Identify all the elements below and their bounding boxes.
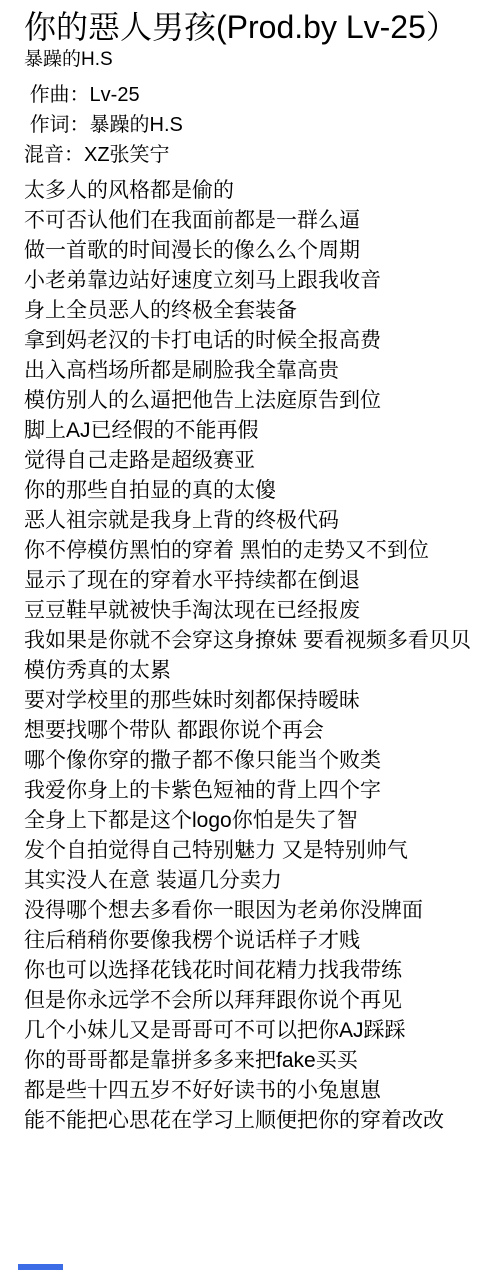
lyric-line: 觉得自己走路是超级赛亚 (24, 446, 476, 476)
credit-composer: 作曲：Lv-25 (24, 80, 476, 110)
lyric-line: 你的哥哥都是靠拼多多来把fake买买 (24, 1046, 476, 1076)
song-title: 你的惡人男孩(Prod.by Lv-25） (24, 6, 476, 48)
lyric-line: 我爱你身上的卡紫色短袖的背上四个字 (24, 776, 476, 806)
artist-name: 暴躁的H.S (24, 48, 476, 72)
lyric-line: 豆豆鞋早就被快手淘汰现在已经报废 (24, 596, 476, 626)
lyric-line: 身上全员恶人的终极全套装备 (24, 296, 476, 326)
lyric-line: 但是你永远学不会所以拜拜跟你说个再见 (24, 986, 476, 1016)
lyric-line: 出入高档场所都是刷脸我全靠高贵 (24, 356, 476, 386)
lyric-line: 发个自拍觉得自己特别魅力 又是特别帅气 (24, 836, 476, 866)
lyrics-page: 你的惡人男孩(Prod.by Lv-25） 暴躁的H.S 作曲：Lv-25 作词… (0, 0, 500, 1136)
lyric-line: 往后稍稍你要像我楞个说话样子才贱 (24, 926, 476, 956)
lyric-line: 想要找哪个带队 都跟你说个再会 (24, 716, 476, 746)
credit-mixing: 混音：XZ张笑宁 (24, 140, 476, 170)
lyric-line: 能不能把心思花在学习上顺便把你的穿着改改 (24, 1106, 476, 1136)
credits-block: 作曲：Lv-25 作词：暴躁的H.S 混音：XZ张笑宁 (24, 80, 476, 170)
lyrics-block: 太多人的风格都是偷的不可否认他们在我面前都是一群么逼做一首歌的时间漫长的像么么个… (24, 176, 476, 1136)
credit-lyricist: 作词：暴躁的H.S (24, 110, 476, 140)
lyric-line: 显示了现在的穿着水平持续都在倒退 (24, 566, 476, 596)
lyric-line: 你的那些自拍显的真的太傻 (24, 476, 476, 506)
lyric-line: 你也可以选择花钱花时间花精力找我带练 (24, 956, 476, 986)
lyric-line: 要对学校里的那些妹时刻都保持暧昧 (24, 686, 476, 716)
lyric-line: 我如果是你就不会穿这身撩妹 要看视频多看贝贝 (24, 626, 476, 656)
lyric-line: 小老弟靠边站好速度立刻马上跟我收音 (24, 266, 476, 296)
lyric-line: 都是些十四五岁不好好读书的小兔崽崽 (24, 1076, 476, 1106)
lyric-line: 脚上AJ已经假的不能再假 (24, 416, 476, 446)
lyric-line: 做一首歌的时间漫长的像么么个周期 (24, 236, 476, 266)
lyric-line: 其实没人在意 装逼几分卖力 (24, 866, 476, 896)
lyric-line: 模仿秀真的太累 (24, 656, 476, 686)
lyric-line: 全身上下都是这个logo你怕是失了智 (24, 806, 476, 836)
lyric-line: 模仿别人的么逼把他告上法庭原告到位 (24, 386, 476, 416)
lyric-line: 你不停模仿黑怕的穿着 黑怕的走势又不到位 (24, 536, 476, 566)
lyric-line: 恶人祖宗就是我身上背的终极代码 (24, 506, 476, 536)
lyric-line: 太多人的风格都是偷的 (24, 176, 476, 206)
bottom-accent-bar (18, 1264, 63, 1270)
lyric-line: 哪个像你穿的撒子都不像只能当个败类 (24, 746, 476, 776)
lyric-line: 不可否认他们在我面前都是一群么逼 (24, 206, 476, 236)
lyric-line: 没得哪个想去多看你一眼因为老弟你没牌面 (24, 896, 476, 926)
lyric-line: 拿到妈老汉的卡打电话的时候全报高费 (24, 326, 476, 356)
lyric-line: 几个小妹儿又是哥哥可不可以把你AJ踩踩 (24, 1016, 476, 1046)
